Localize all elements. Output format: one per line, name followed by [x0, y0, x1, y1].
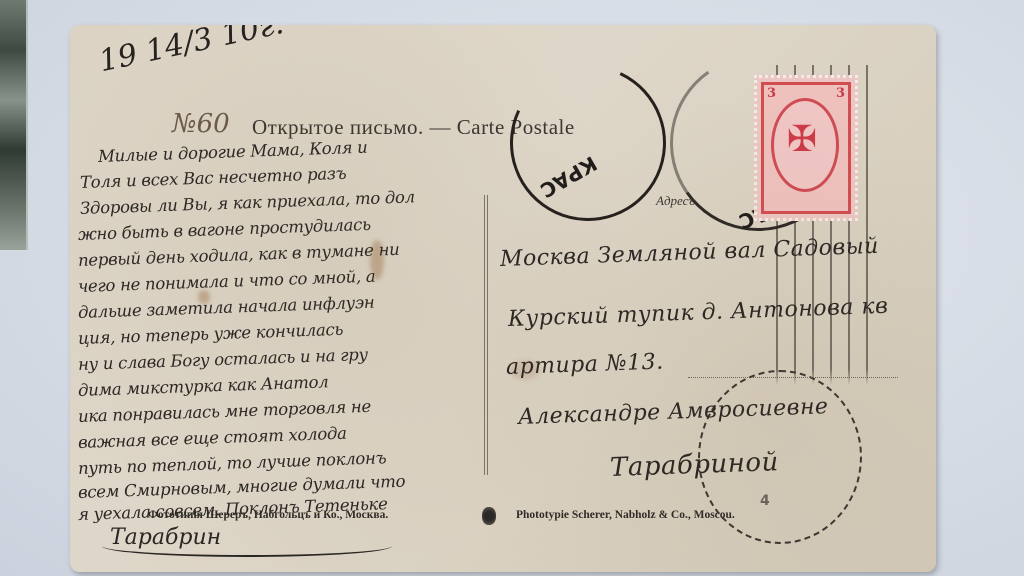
message-line: Здоровы ли Вы, я как приехала, то дол [80, 187, 415, 218]
message-line: жно быть в вагоне простудилась [78, 215, 371, 244]
message-line: дима микстурка как Анатол [78, 372, 329, 400]
address-line: Курский тупик д. Антонова кв [508, 294, 889, 332]
message-line: дальше заметила начала инфлуэн [78, 293, 375, 322]
double-eagle-emblem-icon [482, 507, 496, 525]
postmark-circle [488, 43, 688, 243]
message-line: первый день ходила, как в тумане ни [78, 240, 400, 270]
postmark-text: КРАС [736, 190, 802, 233]
message-line: я уехала совсем. Поклонъ Тетеньке [78, 494, 388, 524]
address-line: Тарабриной [609, 447, 779, 483]
adjacent-photo-edge [0, 0, 28, 250]
message-line: чего не понимала и что со мной, а [78, 267, 376, 296]
postage-stamp: ✠ 3 3 [754, 75, 858, 221]
signature-flourish [102, 535, 392, 557]
postcard-title: Открытое письмо. — Carte Postale [252, 115, 575, 140]
address-line: Москва Земляной вал Садовый [500, 234, 880, 272]
message-line: важная все еще стоят холода [78, 424, 347, 452]
postmark-date: 4 [760, 493, 770, 509]
stain [510, 360, 540, 380]
imprint-french: Phototypie Scherer, Nabholz & Co., Mosco… [516, 509, 735, 521]
message-line: ика понравилась мне торговля не [78, 397, 372, 426]
handwritten-number: №60 [172, 109, 230, 139]
message-line: ну и слава Богу осталась и на гру [78, 345, 368, 374]
postmark-text: КРАС [536, 151, 601, 202]
address-label: Адресъ [656, 193, 695, 209]
stamp-denomination: 3 [767, 86, 776, 101]
message-address-divider [484, 195, 488, 475]
cancellation-bars [760, 65, 880, 385]
message-line: всем Смирновым, многие думали что [78, 472, 406, 502]
stain [198, 290, 210, 304]
message-line: Толя и всех Вас несчетно разъ [80, 164, 347, 192]
handwritten-date: 19 14/3 10г. [96, 25, 287, 79]
stain [370, 240, 384, 280]
message-line: ция, но теперь уже кончилась [78, 320, 344, 348]
dotted-guide [688, 377, 898, 379]
address-line: артира №13. [506, 350, 665, 380]
address-line: Александре Амвросиевне [518, 394, 829, 430]
postmark-circle [656, 41, 860, 245]
stamp-denomination: 3 [836, 86, 845, 101]
imprint-russian: Фототипія Шереръ, Набгольцъ и Ко., Москв… [148, 509, 388, 521]
postcard: 19 14/3 10г. №60 Открытое письмо. — Cart… [70, 25, 936, 572]
postmark-circle [698, 370, 862, 544]
signature: Тарабрин [110, 525, 221, 550]
message-line: путь по теплой, то лучше поклонъ [78, 448, 387, 478]
message-line: Милые и дорогие Мама, Коля и [98, 138, 368, 166]
coat-of-arms-icon: ✠ [784, 116, 820, 164]
